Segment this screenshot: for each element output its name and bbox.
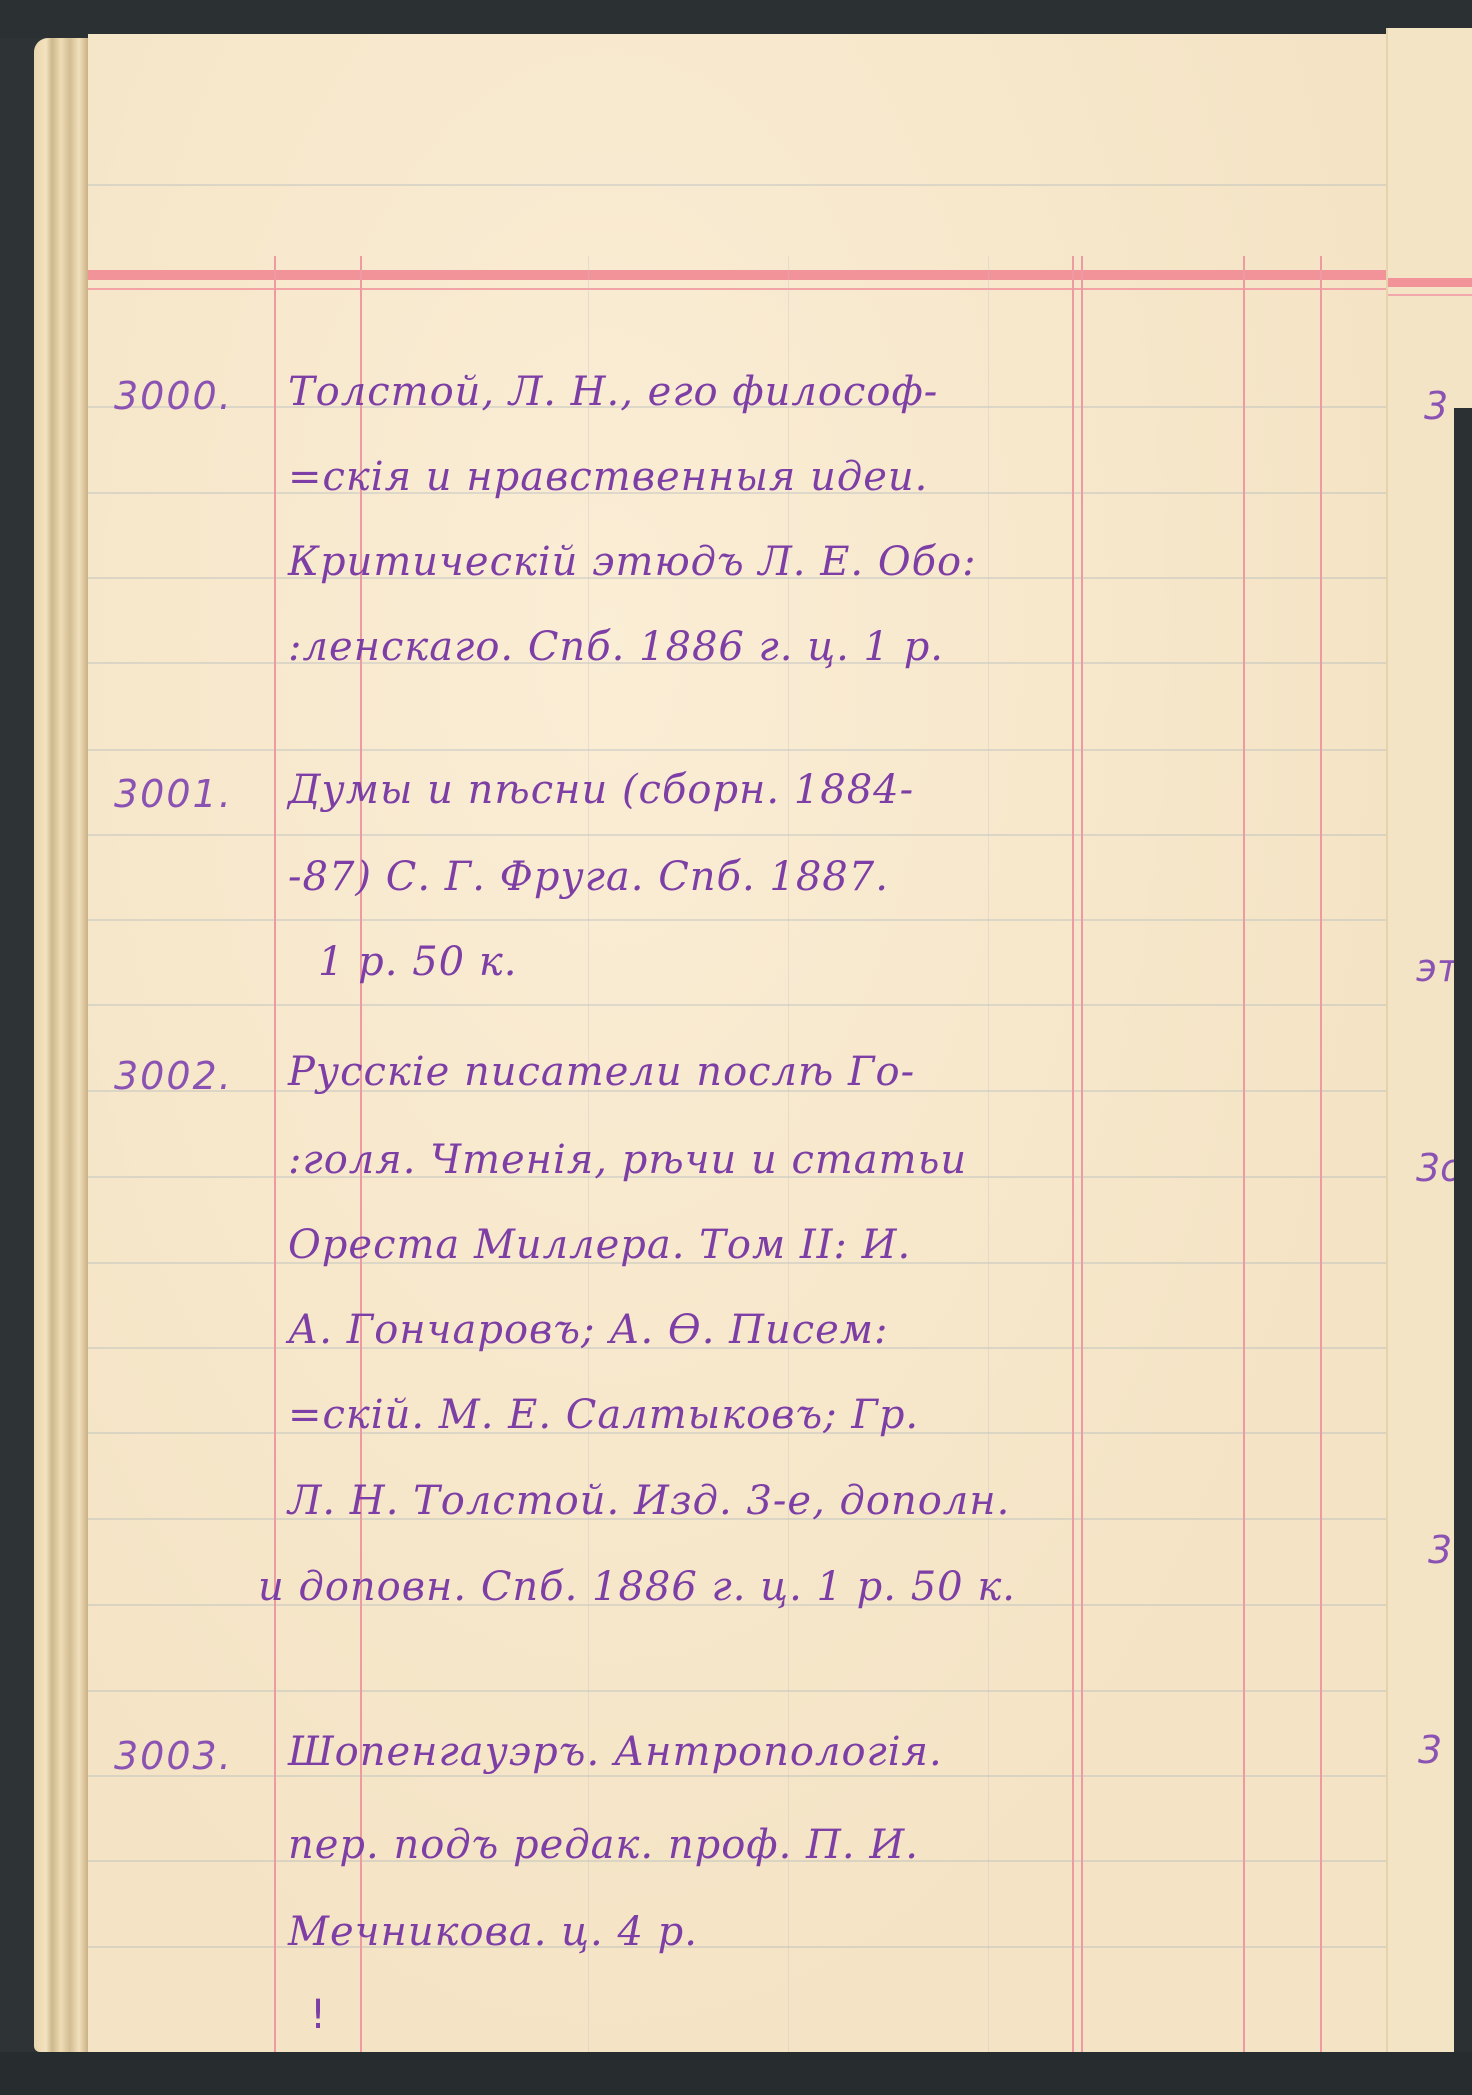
entry-line: :ленскаго. Спб. 1886 г. ц. 1 р.	[288, 624, 944, 670]
header-red-thin-rule	[88, 288, 1386, 290]
entry-line: пер. подъ редак. проф. П. И.	[288, 1822, 919, 1868]
ruled-line	[88, 1946, 1386, 1948]
ruled-line	[88, 1004, 1386, 1006]
ruled-line	[88, 1775, 1386, 1777]
entry-line: =скій. М. Е. Салтыковъ; Гр.	[288, 1392, 919, 1438]
column-rule	[1072, 256, 1074, 2052]
column-rule	[1081, 256, 1083, 2052]
ruled-line	[88, 834, 1386, 836]
faint-column-rule	[988, 256, 989, 2052]
entry-line: :голя. Чтенія, рѣчи и статьи	[288, 1137, 967, 1183]
entry-line: Русскіе писатели послѣ Го-	[288, 1049, 915, 1095]
facing-red-thin-rule	[1388, 294, 1472, 296]
column-rule	[1320, 256, 1322, 2052]
stray-ink-mark: !	[310, 1992, 326, 2038]
facing-page-mark: 3	[1428, 1528, 1452, 1572]
facing-page-mark: 3	[1418, 1728, 1442, 1772]
header-red-rule	[88, 270, 1386, 280]
entry-number: 3001.	[114, 772, 233, 816]
entry-number: 3003.	[114, 1734, 233, 1778]
entry-line: Толстой, Л. Н., его философ-	[288, 369, 938, 415]
entry-number: 3002.	[114, 1054, 233, 1098]
entry-line: Критическій этюдъ Л. Е. Обо:	[288, 539, 977, 585]
entry-line: Мечникова. ц. 4 р.	[288, 1909, 698, 1955]
entry-line: 1 р. 50 к.	[318, 939, 517, 985]
entry-line: =скія и нравственныя идеи.	[288, 454, 928, 500]
entry-line: А. Гончаровъ; А. Ѳ. Писем:	[288, 1307, 889, 1353]
ruled-line	[88, 749, 1386, 751]
page-edges-stack	[34, 38, 94, 2052]
column-rule	[1243, 256, 1245, 2052]
facing-red-rule	[1388, 278, 1472, 287]
entry-line: -87) С. Г. Фруга. Спб. 1887.	[288, 854, 889, 900]
binding-edge	[1454, 408, 1472, 2052]
book-binding-bottom	[0, 2052, 1472, 2095]
ledger-page: 3000. Толстой, Л. Н., его философ- =скія…	[88, 34, 1386, 2052]
book-binding-top	[0, 0, 1472, 38]
facing-page-mark: 3	[1424, 384, 1448, 428]
entry-line: Ореста Миллера. Том II: И.	[288, 1222, 911, 1268]
entry-line: Л. Н. Толстой. Изд. 3-е, дополн.	[288, 1478, 1010, 1524]
entry-line: Думы и пѣсни (сборн. 1884-	[288, 767, 914, 813]
ruled-line	[88, 919, 1386, 921]
entry-number: 3000.	[114, 374, 233, 418]
ruled-line	[88, 184, 1386, 186]
facing-page-mark: эт	[1416, 946, 1459, 990]
facing-page-edge: 3 эт 3о 3 3	[1386, 28, 1472, 2052]
ruled-line	[88, 1690, 1386, 1692]
entry-line: и доповн. Спб. 1886 г. ц. 1 р. 50 к.	[258, 1564, 1016, 1610]
entry-line: Шопенгауэръ. Антропологія.	[288, 1729, 943, 1775]
column-rule	[274, 256, 276, 2052]
